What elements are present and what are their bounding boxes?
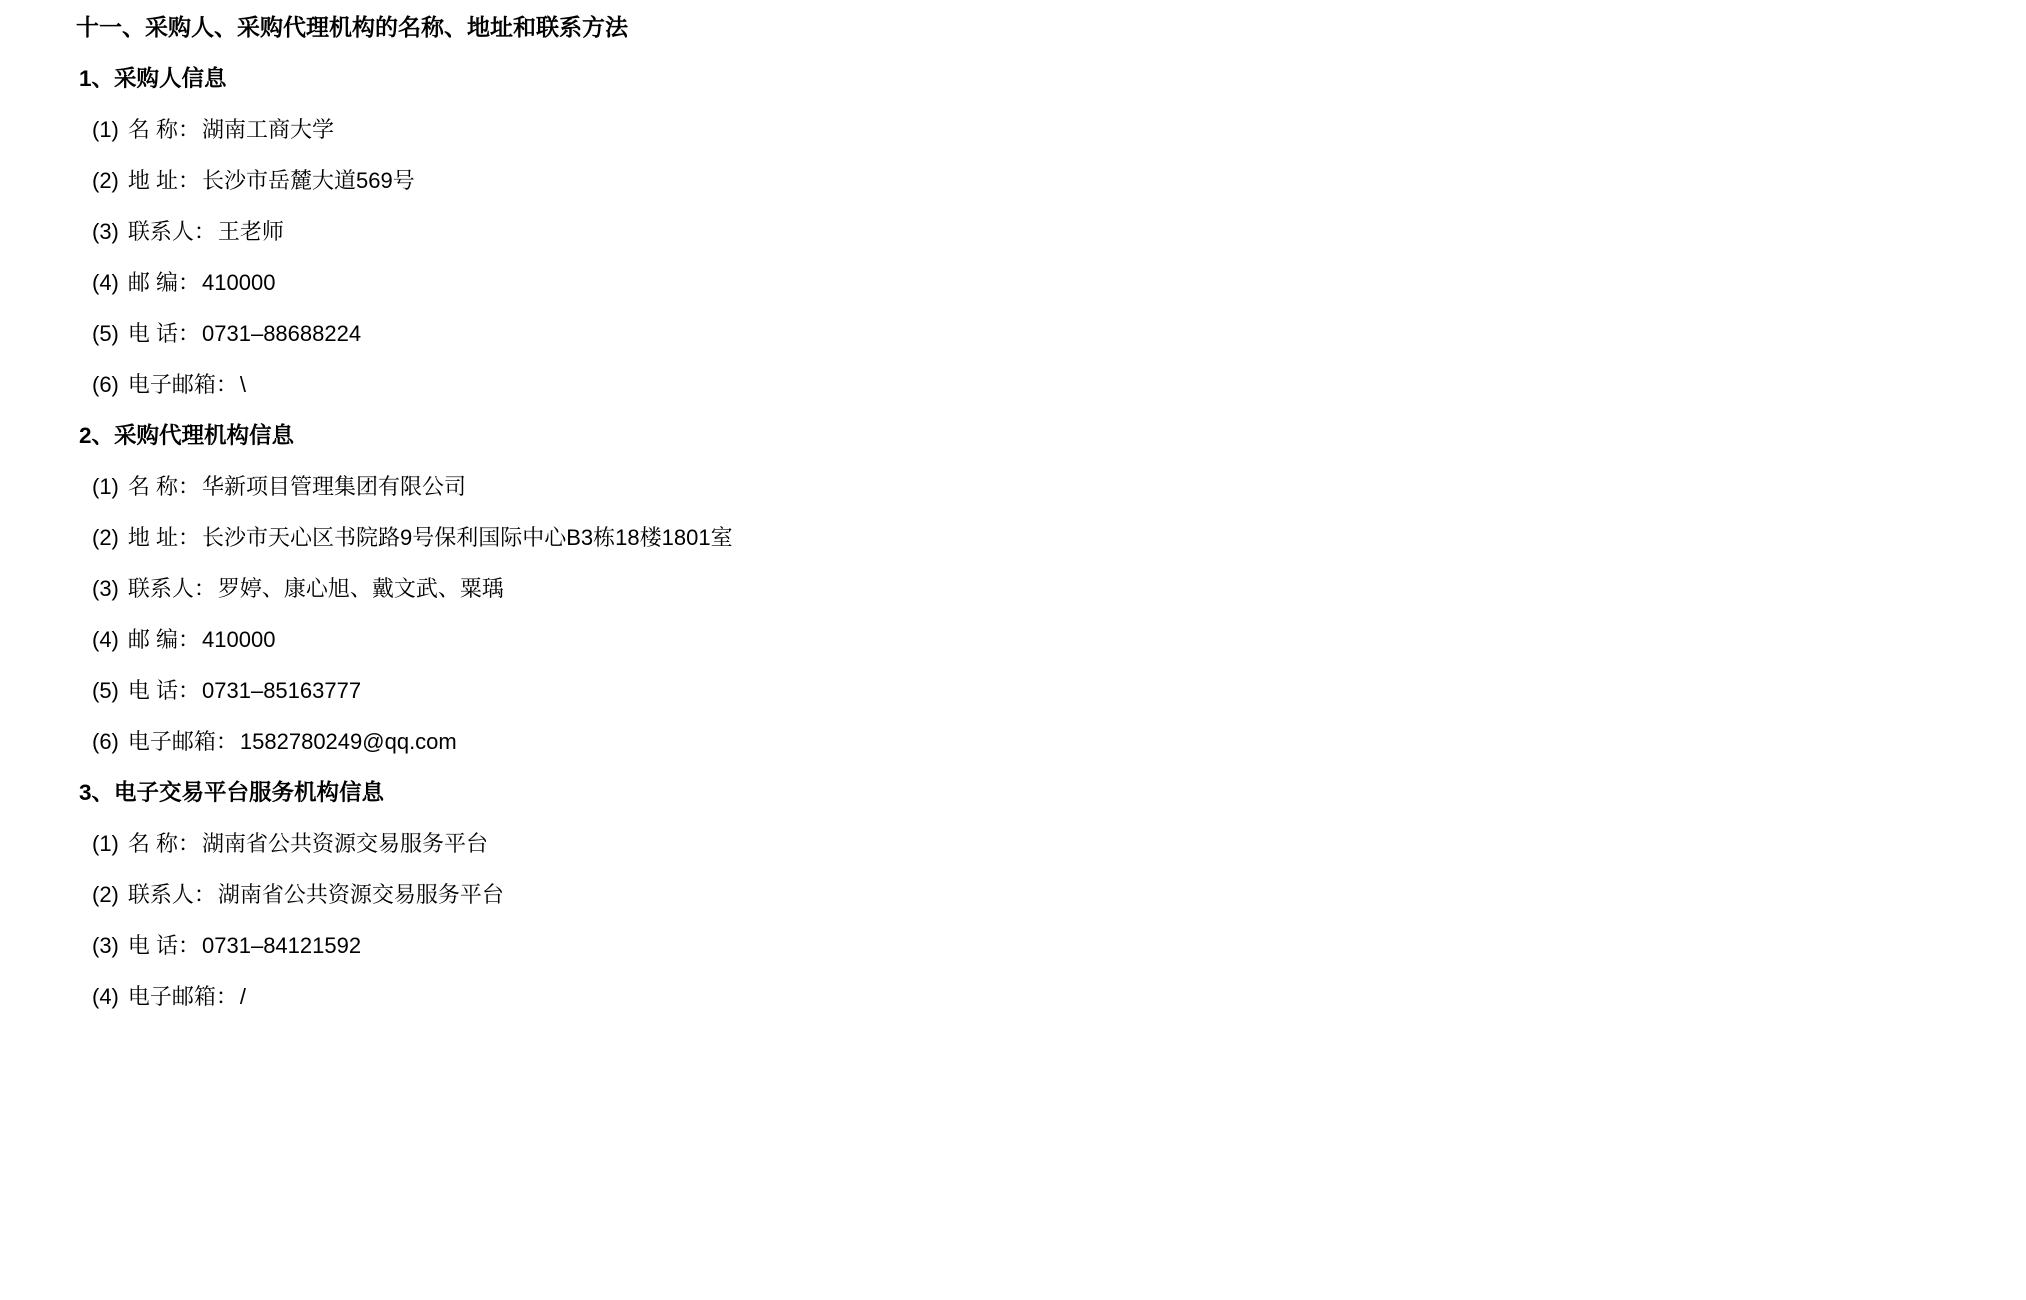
info-line: (4)邮 编：410000 — [76, 257, 2026, 308]
item-value: 410000 — [202, 627, 275, 652]
item-value: 0731–85163777 — [202, 678, 361, 703]
info-line: (5)电 话：0731–85163777 — [76, 665, 2026, 716]
info-line: (3)联系人：王老师 — [76, 206, 2026, 257]
item-label: 电子邮箱： — [128, 372, 238, 397]
item-label: 邮 编： — [128, 627, 200, 652]
info-line: (3)联系人：罗婷、康心旭、戴文武、粟瑀 — [76, 563, 2026, 614]
item-value: 1582780249@qq.com — [240, 729, 457, 754]
item-number: (3) — [92, 576, 119, 601]
item-value: 410000 — [202, 270, 275, 295]
info-line: (6)电子邮箱：\ — [76, 359, 2026, 410]
item-value: 王老师 — [218, 219, 284, 244]
item-value: 0731–84121592 — [202, 933, 361, 958]
info-line: (2)联系人：湖南省公共资源交易服务平台 — [76, 869, 2026, 920]
info-line: (1)名 称：华新项目管理集团有限公司 — [76, 461, 2026, 512]
item-label: 名 称： — [128, 117, 200, 142]
info-line: (3)电 话：0731–84121592 — [76, 920, 2026, 971]
item-number: (6) — [92, 729, 119, 754]
section-heading-purchaser: 1、采购人信息 — [76, 53, 2026, 104]
item-number: (4) — [92, 270, 119, 295]
item-number: (5) — [92, 321, 119, 346]
item-label: 邮 编： — [128, 270, 200, 295]
info-line: (6)电子邮箱：1582780249@qq.com — [76, 716, 2026, 767]
document-title: 十一、采购人、采购代理机构的名称、地址和联系方法 — [76, 2, 2026, 53]
section-heading-platform: 3、电子交易平台服务机构信息 — [76, 767, 2026, 818]
item-label: 电 话： — [128, 933, 200, 958]
item-label: 电 话： — [128, 678, 200, 703]
item-value: 湖南省公共资源交易服务平台 — [202, 831, 488, 856]
item-number: (2) — [92, 525, 119, 550]
info-line: (2)地 址：长沙市天心区书院路9号保利国际中心B3栋18楼1801室 — [76, 512, 2026, 563]
item-label: 电子邮箱： — [128, 729, 238, 754]
section-heading-agency: 2、采购代理机构信息 — [76, 410, 2026, 461]
item-label: 名 称： — [128, 474, 200, 499]
item-label: 地 址： — [128, 168, 200, 193]
item-number: (3) — [92, 933, 119, 958]
info-line: (1)名 称：湖南工商大学 — [76, 104, 2026, 155]
item-value: 华新项目管理集团有限公司 — [202, 474, 466, 499]
item-number: (5) — [92, 678, 119, 703]
info-line: (4)邮 编：410000 — [76, 614, 2026, 665]
item-value: 湖南工商大学 — [202, 117, 334, 142]
item-label: 联系人： — [128, 576, 216, 601]
item-value: / — [240, 984, 246, 1009]
info-line: (5)电 话：0731–88688224 — [76, 308, 2026, 359]
item-number: (2) — [92, 882, 119, 907]
procurement-document: 十一、采购人、采购代理机构的名称、地址和联系方法 1、采购人信息 (1)名 称：… — [0, 0, 2026, 1300]
item-number: (1) — [92, 474, 119, 499]
item-label: 联系人： — [128, 882, 216, 907]
item-number: (4) — [92, 627, 119, 652]
info-line: (4)电子邮箱：/ — [76, 971, 2026, 1022]
item-label: 电 话： — [128, 321, 200, 346]
item-value: 湖南省公共资源交易服务平台 — [218, 882, 504, 907]
item-label: 地 址： — [128, 525, 200, 550]
item-value: \ — [240, 372, 246, 397]
item-number: (1) — [92, 117, 119, 142]
item-label: 电子邮箱： — [128, 984, 238, 1009]
item-value: 罗婷、康心旭、戴文武、粟瑀 — [218, 576, 504, 601]
item-label: 名 称： — [128, 831, 200, 856]
item-number: (6) — [92, 372, 119, 397]
item-number: (3) — [92, 219, 119, 244]
item-number: (1) — [92, 831, 119, 856]
item-value: 长沙市岳麓大道569号 — [202, 168, 415, 193]
item-number: (4) — [92, 984, 119, 1009]
item-value: 长沙市天心区书院路9号保利国际中心B3栋18楼1801室 — [202, 525, 733, 550]
item-value: 0731–88688224 — [202, 321, 361, 346]
info-line: (2)地 址：长沙市岳麓大道569号 — [76, 155, 2026, 206]
item-number: (2) — [92, 168, 119, 193]
info-line: (1)名 称：湖南省公共资源交易服务平台 — [76, 818, 2026, 869]
item-label: 联系人： — [128, 219, 216, 244]
